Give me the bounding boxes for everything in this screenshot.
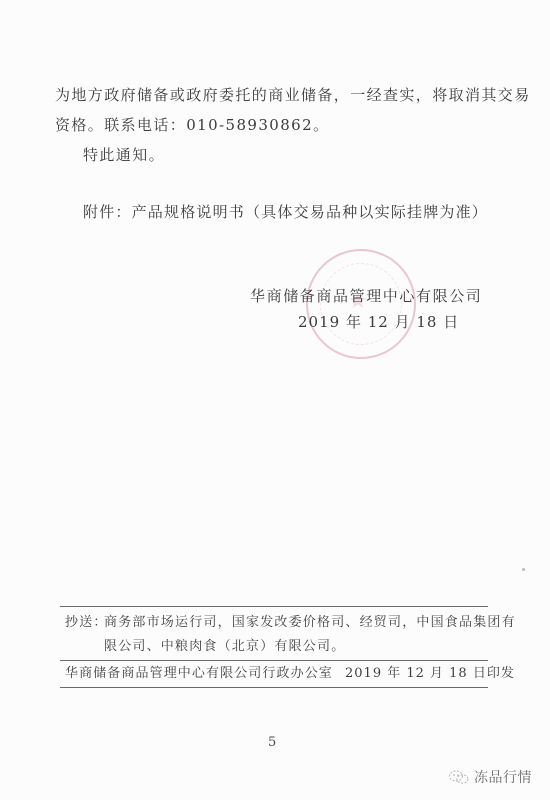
- watermark: 冻品行情: [448, 767, 532, 787]
- watermark-text: 冻品行情: [474, 767, 532, 787]
- cc-label: 抄送：: [65, 615, 108, 631]
- footer-rule-bottom: [60, 687, 488, 688]
- issue-date: 2019 年 12 月 18 日印发: [345, 666, 515, 682]
- body-text-line-contact: 资格。联系电话：010-58930862。: [55, 116, 329, 134]
- cc-recipients-line: 限公司、中粮肉食（北京）有限公司。: [104, 639, 345, 655]
- wechat-icon: [448, 769, 470, 785]
- issuing-office: 华商储备商品管理中心有限公司行政办公室: [65, 666, 333, 682]
- footer-rule-top: [60, 606, 488, 607]
- signature-company: 华商储备商品管理中心有限公司: [250, 287, 482, 305]
- page-number: 5: [268, 735, 276, 750]
- signature-date: 2019 年 12 月 18 日: [298, 313, 459, 331]
- scan-speck: [522, 568, 525, 571]
- document-page: 为地方政府储备或政府委托的商业储备，一经查实，将取消其交易 资格。联系电话：01…: [0, 0, 550, 800]
- attachment-note: 附件：产品规格说明书（具体交易品种以实际挂牌为准）: [83, 203, 488, 221]
- body-text-closing: 特此通知。: [83, 146, 165, 164]
- footer-rule-middle: [60, 660, 488, 661]
- cc-recipients-line: 商务部市场运行司，国家发改委价格司、经贸司，中国食品集团有: [104, 615, 516, 631]
- body-text-line: 为地方政府储备或政府委托的商业储备，一经查实，将取消其交易: [55, 86, 531, 104]
